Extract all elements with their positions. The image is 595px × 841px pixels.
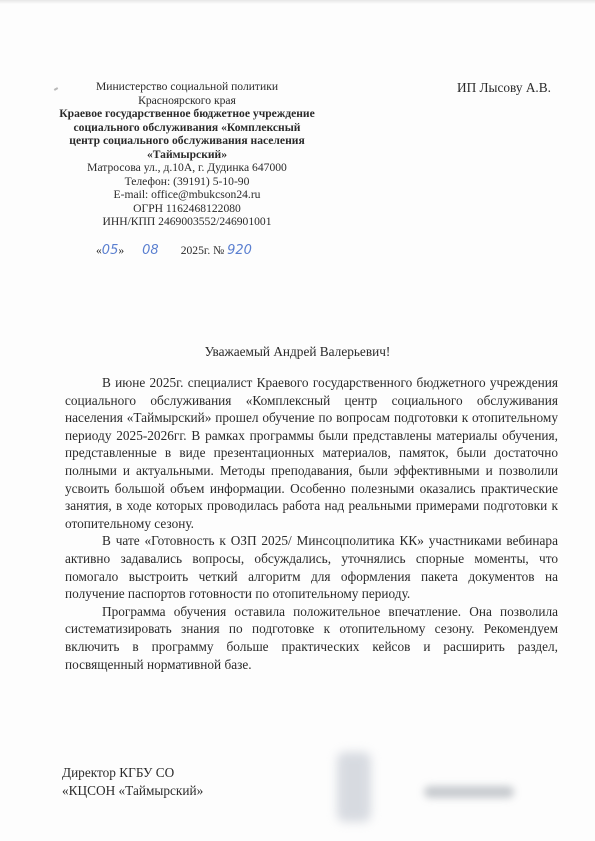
ministry-line-1: Министерство социальной политики	[44, 80, 330, 94]
scan-edge	[0, 0, 595, 4]
org-name-line-3: центр социального обслуживания населения	[44, 134, 330, 148]
body-paragraph-1: В июне 2025г. специалист Краевого госуда…	[65, 374, 558, 532]
sender-inn-kpp: ИНН/КПП 2469003552/246901001	[44, 215, 330, 229]
org-name-line-2: социального обслуживания «Комплексный	[44, 121, 330, 135]
signatory-title: Директор КГБУ СО «КЦСОН «Таймырский»	[62, 764, 203, 799]
handwritten-reg-number: 920	[227, 243, 252, 258]
quote-close: »	[118, 244, 124, 257]
org-name-line-1: Краевое государственное бюджетное учрежд…	[44, 107, 330, 121]
sender-ogrn: ОГРН 1162468122080	[44, 202, 330, 216]
org-name-line-4: «Таймырский»	[44, 148, 330, 162]
signatory-title-line-1: Директор КГБУ СО	[62, 764, 203, 782]
outgoing-reference: «05»082025г. № 920	[96, 243, 252, 259]
year-and-number-label: 2025г. №	[181, 244, 225, 257]
blurred-signature	[337, 752, 371, 822]
sender-address: Матросова ул., д.10А, г. Дудинка 647000	[44, 161, 330, 175]
salutation: Уважаемый Андрей Валерьевич!	[0, 344, 595, 360]
letter-body: В июне 2025г. специалист Краевого госуда…	[65, 374, 558, 673]
sender-letterhead: Министерство социальной политики Красноя…	[44, 80, 330, 229]
body-paragraph-3: Программа обучения оставила положительно…	[65, 603, 558, 673]
handwritten-month: 08	[142, 243, 159, 258]
addressee: ИП Лысову А.В.	[457, 80, 551, 96]
ministry-line-2: Красноярского края	[44, 94, 330, 108]
body-paragraph-2: В чате «Готовность к ОЗП 2025/ Минсоцпол…	[65, 532, 558, 602]
sender-email: E-mail: office@mbukcson24.ru	[44, 188, 330, 202]
signatory-title-line-2: «КЦСОН «Таймырский»	[62, 782, 203, 800]
blurred-signer-name	[424, 786, 514, 798]
sender-phone: Телефон: (39191) 5-10-90	[44, 175, 330, 189]
handwritten-day: 05	[102, 243, 119, 258]
